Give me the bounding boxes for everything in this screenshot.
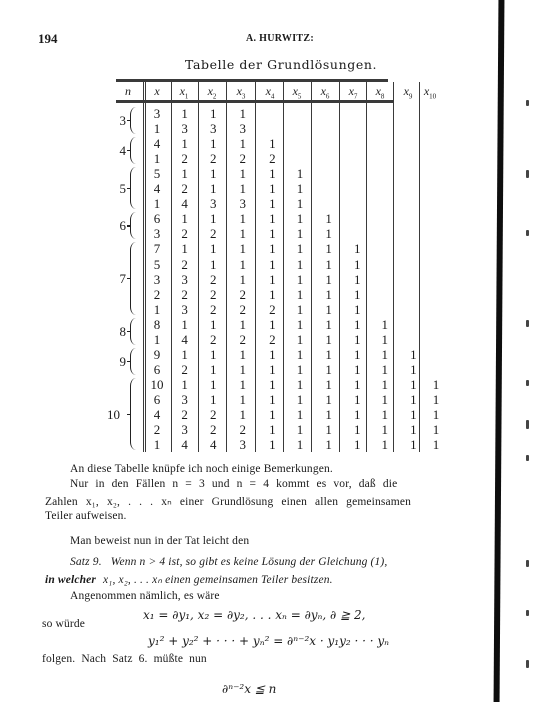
table-row: 12222 — [116, 151, 536, 166]
table-cell: 1 — [426, 392, 446, 407]
table-cell: 5 — [147, 257, 167, 272]
column-divider — [198, 82, 199, 452]
table-cell: 1 — [290, 287, 310, 302]
table-cell: 1 — [426, 377, 446, 392]
table-cell: 1 — [175, 241, 195, 256]
running-head: A. HURWITZ: — [246, 33, 314, 44]
table-cell: 1 — [147, 151, 167, 166]
table-cell: 2 — [175, 257, 195, 272]
table-cell: 1 — [375, 437, 395, 452]
table-cell: 1 — [319, 437, 339, 452]
column-header-x3: x3 — [229, 84, 253, 100]
table-cell: 1 — [175, 377, 195, 392]
table-cell: 1 — [290, 332, 310, 347]
table-cell: 1 — [403, 362, 423, 377]
table-cell: 1 — [203, 136, 223, 151]
column-header-subscript: 3 — [242, 92, 246, 100]
table-cell: 1 — [262, 422, 282, 437]
table-cell: 1 — [262, 437, 282, 452]
table-cell: 1 — [426, 437, 446, 452]
group-brace-tip — [127, 414, 131, 415]
table-cell: 4 — [175, 437, 195, 452]
group-brace — [130, 378, 137, 450]
table-cell: 1 — [290, 317, 310, 332]
table-cell: 1 — [233, 392, 253, 407]
table-cell: 1 — [290, 257, 310, 272]
table-cell: 1 — [319, 302, 339, 317]
table-row: 14431111111 — [116, 437, 536, 452]
table-cell: 1 — [290, 377, 310, 392]
table-cell: 1 — [262, 377, 282, 392]
column-header-x9: x9 — [396, 84, 420, 100]
group-brace-tip — [127, 225, 131, 226]
table-cell: 1 — [203, 362, 223, 377]
column-header-subscript: 10 — [429, 92, 436, 100]
table-cell: 1 — [375, 377, 395, 392]
column-header-x6: x6 — [313, 84, 337, 100]
table-row: 13222111 — [116, 302, 536, 317]
column-divider — [226, 82, 227, 452]
theorem-line1: Satz 9. Wenn n > 4 ist, so gibt es keine… — [70, 556, 387, 568]
group-brace — [130, 242, 137, 314]
group-brace-tip — [127, 278, 131, 279]
table-cell: 1 — [203, 106, 223, 121]
page-number: 194 — [38, 31, 58, 47]
table-cell: 6 — [147, 211, 167, 226]
table-cell: 1 — [403, 422, 423, 437]
paragraph-proof-intro: Man beweist nun in der Tat leicht den — [70, 535, 249, 547]
table-row: 71111111 — [116, 241, 536, 256]
table-cell: 2 — [203, 302, 223, 317]
group-n-label: 4 — [108, 143, 126, 159]
table-cell: 1 — [262, 362, 282, 377]
facing-page-mark — [526, 660, 529, 668]
table-cell: 1 — [319, 407, 339, 422]
table-row: 22221111 — [116, 287, 536, 302]
table-cell: 1 — [233, 106, 253, 121]
table-cell: 3 — [175, 422, 195, 437]
table-row: 52111111 — [116, 257, 536, 272]
facing-page-mark — [526, 170, 529, 178]
table-cell: 1 — [233, 347, 253, 362]
table-cell: 1 — [233, 257, 253, 272]
table-cell: 1 — [262, 181, 282, 196]
table-cell: 1 — [319, 332, 339, 347]
table-cell: 1 — [262, 407, 282, 422]
table-cell: 1 — [403, 437, 423, 452]
table-cell: 1 — [262, 166, 282, 181]
table-cell: 1 — [262, 196, 282, 211]
column-header-subscript: 8 — [381, 92, 385, 100]
paragraph-remarks: An diese Tabelle knüpfe ich noch einige … — [70, 463, 333, 475]
table-cell: 1 — [375, 392, 395, 407]
table-cell: 1 — [290, 392, 310, 407]
table-cell: 4 — [175, 332, 195, 347]
table-cell: 1 — [290, 347, 310, 362]
group-n-label: 10 — [102, 407, 120, 423]
group-brace — [130, 212, 137, 239]
table-cell: 2 — [175, 151, 195, 166]
facing-page-mark — [526, 420, 529, 429]
table-cell: 1 — [347, 422, 367, 437]
column-divider — [143, 82, 144, 452]
theorem-text-2: x₁, x₂, . . . xₙ einen gemeinsamen Teile… — [103, 574, 333, 586]
facing-page-mark — [526, 380, 529, 386]
equation-3: ∂ⁿ⁻²x ≦ n — [222, 682, 276, 696]
group-n-label: 9 — [108, 354, 126, 370]
table-cell: 1 — [233, 241, 253, 256]
table-row: 142221111 — [116, 332, 536, 347]
table-cell: 1 — [175, 106, 195, 121]
table-cell: 1 — [403, 407, 423, 422]
group-n-label: 7 — [108, 271, 126, 287]
table-cell: 2 — [203, 422, 223, 437]
table-cell: 9 — [147, 347, 167, 362]
table-row: 1333 — [116, 121, 536, 136]
table-cell: 4 — [147, 407, 167, 422]
table-cell: 1 — [203, 377, 223, 392]
table-cell: 2 — [147, 287, 167, 302]
table-cell: 1 — [262, 287, 282, 302]
column-header-x5: x5 — [285, 84, 309, 100]
table-cell: 4 — [175, 196, 195, 211]
table-cell: 1 — [347, 377, 367, 392]
group-brace — [130, 348, 137, 375]
table-cell: 1 — [319, 347, 339, 362]
table-cell: 1 — [290, 362, 310, 377]
column-header-subscript: 5 — [298, 92, 302, 100]
table-cell: 1 — [290, 226, 310, 241]
table-cell: 1 — [262, 241, 282, 256]
table-cell: 2 — [203, 332, 223, 347]
facing-page-mark — [526, 230, 529, 236]
table-cell: 1 — [175, 166, 195, 181]
table-cell: 3 — [175, 272, 195, 287]
column-header-x2: x2 — [200, 84, 224, 100]
table-cell: 1 — [175, 317, 195, 332]
table-cell: 1 — [375, 347, 395, 362]
table-cell: 1 — [375, 422, 395, 437]
table-row: 6111111 — [116, 211, 536, 226]
theorem-bold-phrase: in welcher — [45, 574, 96, 586]
column-header-x8: x8 — [368, 84, 392, 100]
table-cell: 1 — [319, 226, 339, 241]
column-header-subscript: 6 — [326, 92, 330, 100]
table-cell: 1 — [290, 196, 310, 211]
table-cell: 7 — [147, 241, 167, 256]
equation-1: x₁ = ∂y₁, x₂ = ∂y₂, . . . xₙ = ∂yₙ, ∂ ≧ … — [143, 608, 365, 622]
table-cell: 1 — [147, 121, 167, 136]
table-cell: 2 — [233, 302, 253, 317]
column-header-subscript: 9 — [409, 92, 413, 100]
table-cell: 1 — [203, 211, 223, 226]
table-cell: 1 — [175, 136, 195, 151]
table-cell: 1 — [347, 392, 367, 407]
group-n-label: 8 — [108, 324, 126, 340]
table-cell: 1 — [233, 362, 253, 377]
table-cell: 1 — [233, 272, 253, 287]
column-divider — [339, 82, 340, 452]
table-cell: 2 — [203, 287, 223, 302]
column-header-subscript: 7 — [354, 92, 358, 100]
table-cell: 1 — [375, 407, 395, 422]
table-cell: 1 — [347, 347, 367, 362]
table-cell: 1 — [319, 377, 339, 392]
table-cell: 1 — [233, 377, 253, 392]
table-cell: 1 — [290, 181, 310, 196]
group-brace-tip — [127, 120, 131, 121]
table-cell: 1 — [319, 317, 339, 332]
table-cell: 1 — [147, 196, 167, 211]
table-cell: 1 — [319, 422, 339, 437]
facing-page-mark — [526, 455, 529, 461]
column-divider — [171, 82, 172, 452]
table-row: 143311 — [116, 196, 536, 211]
table-row: 6211111111 — [116, 362, 536, 377]
table-cell: 3 — [175, 392, 195, 407]
table-cell: 1 — [347, 287, 367, 302]
theorem-line2: in welcher x₁, x₂, . . . xₙ einen gemein… — [45, 572, 333, 586]
table-cell: 2 — [175, 407, 195, 422]
table-cell: 1 — [290, 437, 310, 452]
table-row: 3111 — [116, 106, 536, 121]
table-cell: 8 — [147, 317, 167, 332]
table-cell: 1 — [262, 226, 282, 241]
table-cell: 1 — [203, 257, 223, 272]
table-cell: 10 — [147, 377, 167, 392]
theorem-label: Satz 9. — [70, 556, 102, 568]
column-divider — [255, 82, 256, 452]
column-header-label: n — [125, 84, 131, 98]
table-cell: 1 — [347, 407, 367, 422]
group-brace — [130, 137, 137, 164]
table-row: 42211111111 — [116, 407, 536, 422]
table-cell: 1 — [403, 392, 423, 407]
table-cell: 1 — [203, 317, 223, 332]
table-cell: 1 — [147, 437, 167, 452]
column-header-subscript: 4 — [271, 92, 275, 100]
table-cell: 1 — [319, 241, 339, 256]
text-so-wuerde: so würde — [42, 618, 85, 630]
table-cell: 2 — [203, 272, 223, 287]
table-cell: 1 — [290, 422, 310, 437]
table-cell: 1 — [319, 362, 339, 377]
table-cell: 1 — [262, 211, 282, 226]
column-header-x: x — [145, 84, 169, 100]
table-cell: 2 — [262, 332, 282, 347]
table-cell: 3 — [147, 106, 167, 121]
group-brace — [130, 107, 137, 134]
table-cell: 1 — [290, 302, 310, 317]
table-cell: 1 — [347, 437, 367, 452]
table-row: 101111111111 — [116, 377, 536, 392]
table-cell: 1 — [375, 362, 395, 377]
table-cell: 2 — [147, 422, 167, 437]
table-cell: 1 — [375, 317, 395, 332]
table-cell: 2 — [233, 422, 253, 437]
paragraph-cases-line1: Nur in den Fällen n = 3 und n = 4 kommt … — [70, 478, 397, 490]
table-cell: 3 — [233, 196, 253, 211]
theorem-text-1: Wenn n > 4 ist, so gibt es keine Lösung … — [111, 556, 388, 568]
table-cell: 1 — [347, 317, 367, 332]
table-cell: 1 — [403, 377, 423, 392]
group-brace-tip — [127, 188, 131, 189]
table-cell: 1 — [233, 211, 253, 226]
facing-page-mark — [526, 100, 529, 106]
table-cell: 3 — [147, 226, 167, 241]
table-cell: 3 — [203, 121, 223, 136]
table-cell: 4 — [147, 136, 167, 151]
table-cell: 1 — [319, 211, 339, 226]
column-header-label: x — [154, 84, 159, 98]
table-cell: 2 — [233, 287, 253, 302]
table-cell: 3 — [233, 121, 253, 136]
table-cell: 3 — [147, 272, 167, 287]
group-n-label: 5 — [108, 181, 126, 197]
table-cell: 1 — [426, 422, 446, 437]
table-cell: 4 — [147, 181, 167, 196]
table-cell: 1 — [147, 302, 167, 317]
table-row: 811111111 — [116, 317, 536, 332]
table-cell: 1 — [262, 317, 282, 332]
column-divider — [311, 82, 312, 452]
table-row: 511111 — [116, 166, 536, 181]
table-cell: 1 — [262, 347, 282, 362]
table-cell: 1 — [403, 347, 423, 362]
table-cell: 1 — [290, 211, 310, 226]
table-cell: 3 — [233, 437, 253, 452]
table-cell: 3 — [175, 121, 195, 136]
table-row: 3221111 — [116, 226, 536, 241]
table-cell: 3 — [175, 302, 195, 317]
paragraph-assume: Angenommen nämlich, es wäre — [70, 590, 220, 602]
table-cell: 1 — [203, 241, 223, 256]
group-brace-tip — [127, 331, 131, 332]
facing-page-mark — [526, 320, 529, 327]
group-brace-tip — [127, 361, 131, 362]
table-cell: 1 — [233, 407, 253, 422]
group-n-label: 6 — [108, 218, 126, 234]
paragraph-conclusion: folgen. Nach Satz 6. müßte nun — [42, 653, 207, 665]
table-cell: 2 — [233, 151, 253, 166]
table-cell: 1 — [290, 272, 310, 287]
table-cell: 6 — [147, 362, 167, 377]
table-cell: 1 — [426, 407, 446, 422]
table-cell: 1 — [319, 272, 339, 287]
table-cell: 1 — [290, 241, 310, 256]
table-cell: 1 — [233, 317, 253, 332]
table-cell: 2 — [203, 151, 223, 166]
table-cell: 6 — [147, 392, 167, 407]
column-header-n: n — [116, 84, 140, 100]
facing-page-mark — [526, 610, 529, 616]
table-row: 33211111 — [116, 272, 536, 287]
table-cell: 1 — [347, 241, 367, 256]
table-cell: 1 — [319, 392, 339, 407]
table-cell: 1 — [375, 332, 395, 347]
table-cell: 2 — [262, 302, 282, 317]
column-divider — [283, 82, 284, 452]
table-cell: 2 — [175, 362, 195, 377]
table-cell: 1 — [233, 166, 253, 181]
table-cell: 1 — [203, 392, 223, 407]
table-cell: 1 — [203, 166, 223, 181]
column-header-subscript: 2 — [213, 92, 217, 100]
table-cell: 1 — [203, 181, 223, 196]
table-row: 63111111111 — [116, 392, 536, 407]
table-cell: 1 — [175, 347, 195, 362]
table-cell: 1 — [347, 332, 367, 347]
table-cell: 1 — [233, 181, 253, 196]
table-row: 421111 — [116, 181, 536, 196]
table-cell: 2 — [262, 151, 282, 166]
column-divider — [419, 82, 420, 452]
table-title: Tabelle der Grundlösungen. — [185, 57, 377, 72]
paragraph-cases-line2: Zahlen x₁, x₂, . . . xₙ einer Grundlösun… — [45, 494, 411, 508]
table-cell: 1 — [262, 272, 282, 287]
table-cell: 1 — [347, 362, 367, 377]
column-header-x1: x1 — [172, 84, 196, 100]
table-cell: 2 — [203, 407, 223, 422]
table-cell: 1 — [203, 347, 223, 362]
table-cell: 2 — [203, 226, 223, 241]
table-row: 9111111111 — [116, 347, 536, 362]
table-cell: 5 — [147, 166, 167, 181]
table-row: 23221111111 — [116, 422, 536, 437]
column-divider — [393, 82, 394, 452]
facing-page-mark — [526, 560, 529, 567]
table-cell: 2 — [233, 332, 253, 347]
group-brace — [130, 167, 137, 209]
group-n-label: 3 — [108, 113, 126, 129]
table-cell: 3 — [203, 196, 223, 211]
table-cell: 1 — [347, 272, 367, 287]
table-cell: 1 — [319, 287, 339, 302]
scanned-page: 194 A. HURWITZ: Tabelle der Grundlösunge… — [0, 0, 540, 702]
table-cell: 1 — [290, 166, 310, 181]
group-brace-tip — [127, 150, 131, 151]
table-cell: 1 — [175, 211, 195, 226]
column-header-x4: x4 — [258, 84, 282, 100]
table-cell: 1 — [347, 257, 367, 272]
table-cell: 2 — [175, 226, 195, 241]
table-cell: 1 — [147, 332, 167, 347]
column-header-x7: x7 — [341, 84, 365, 100]
table-cell: 2 — [175, 287, 195, 302]
column-header-x10: x10 — [418, 84, 442, 100]
table-cell: 1 — [233, 136, 253, 151]
column-divider — [366, 82, 367, 452]
table-cell: 1 — [290, 407, 310, 422]
table-cell: 1 — [262, 257, 282, 272]
table-cell: 1 — [262, 136, 282, 151]
table-cell: 1 — [347, 302, 367, 317]
paragraph-cases-line3: Teiler aufweisen. — [45, 510, 127, 522]
table-cell: 4 — [203, 437, 223, 452]
table-cell: 1 — [319, 257, 339, 272]
table-cell: 1 — [262, 392, 282, 407]
table-top-rule — [116, 79, 388, 82]
column-header-subscript: 1 — [185, 92, 189, 100]
table-row: 41111 — [116, 136, 536, 151]
equation-2: y₁² + y₂² + · · · + yₙ² = ∂ⁿ⁻²x · y₁y₂ ·… — [148, 634, 389, 648]
table-cell: 2 — [175, 181, 195, 196]
table-cell: 1 — [233, 226, 253, 241]
group-brace — [130, 318, 137, 345]
